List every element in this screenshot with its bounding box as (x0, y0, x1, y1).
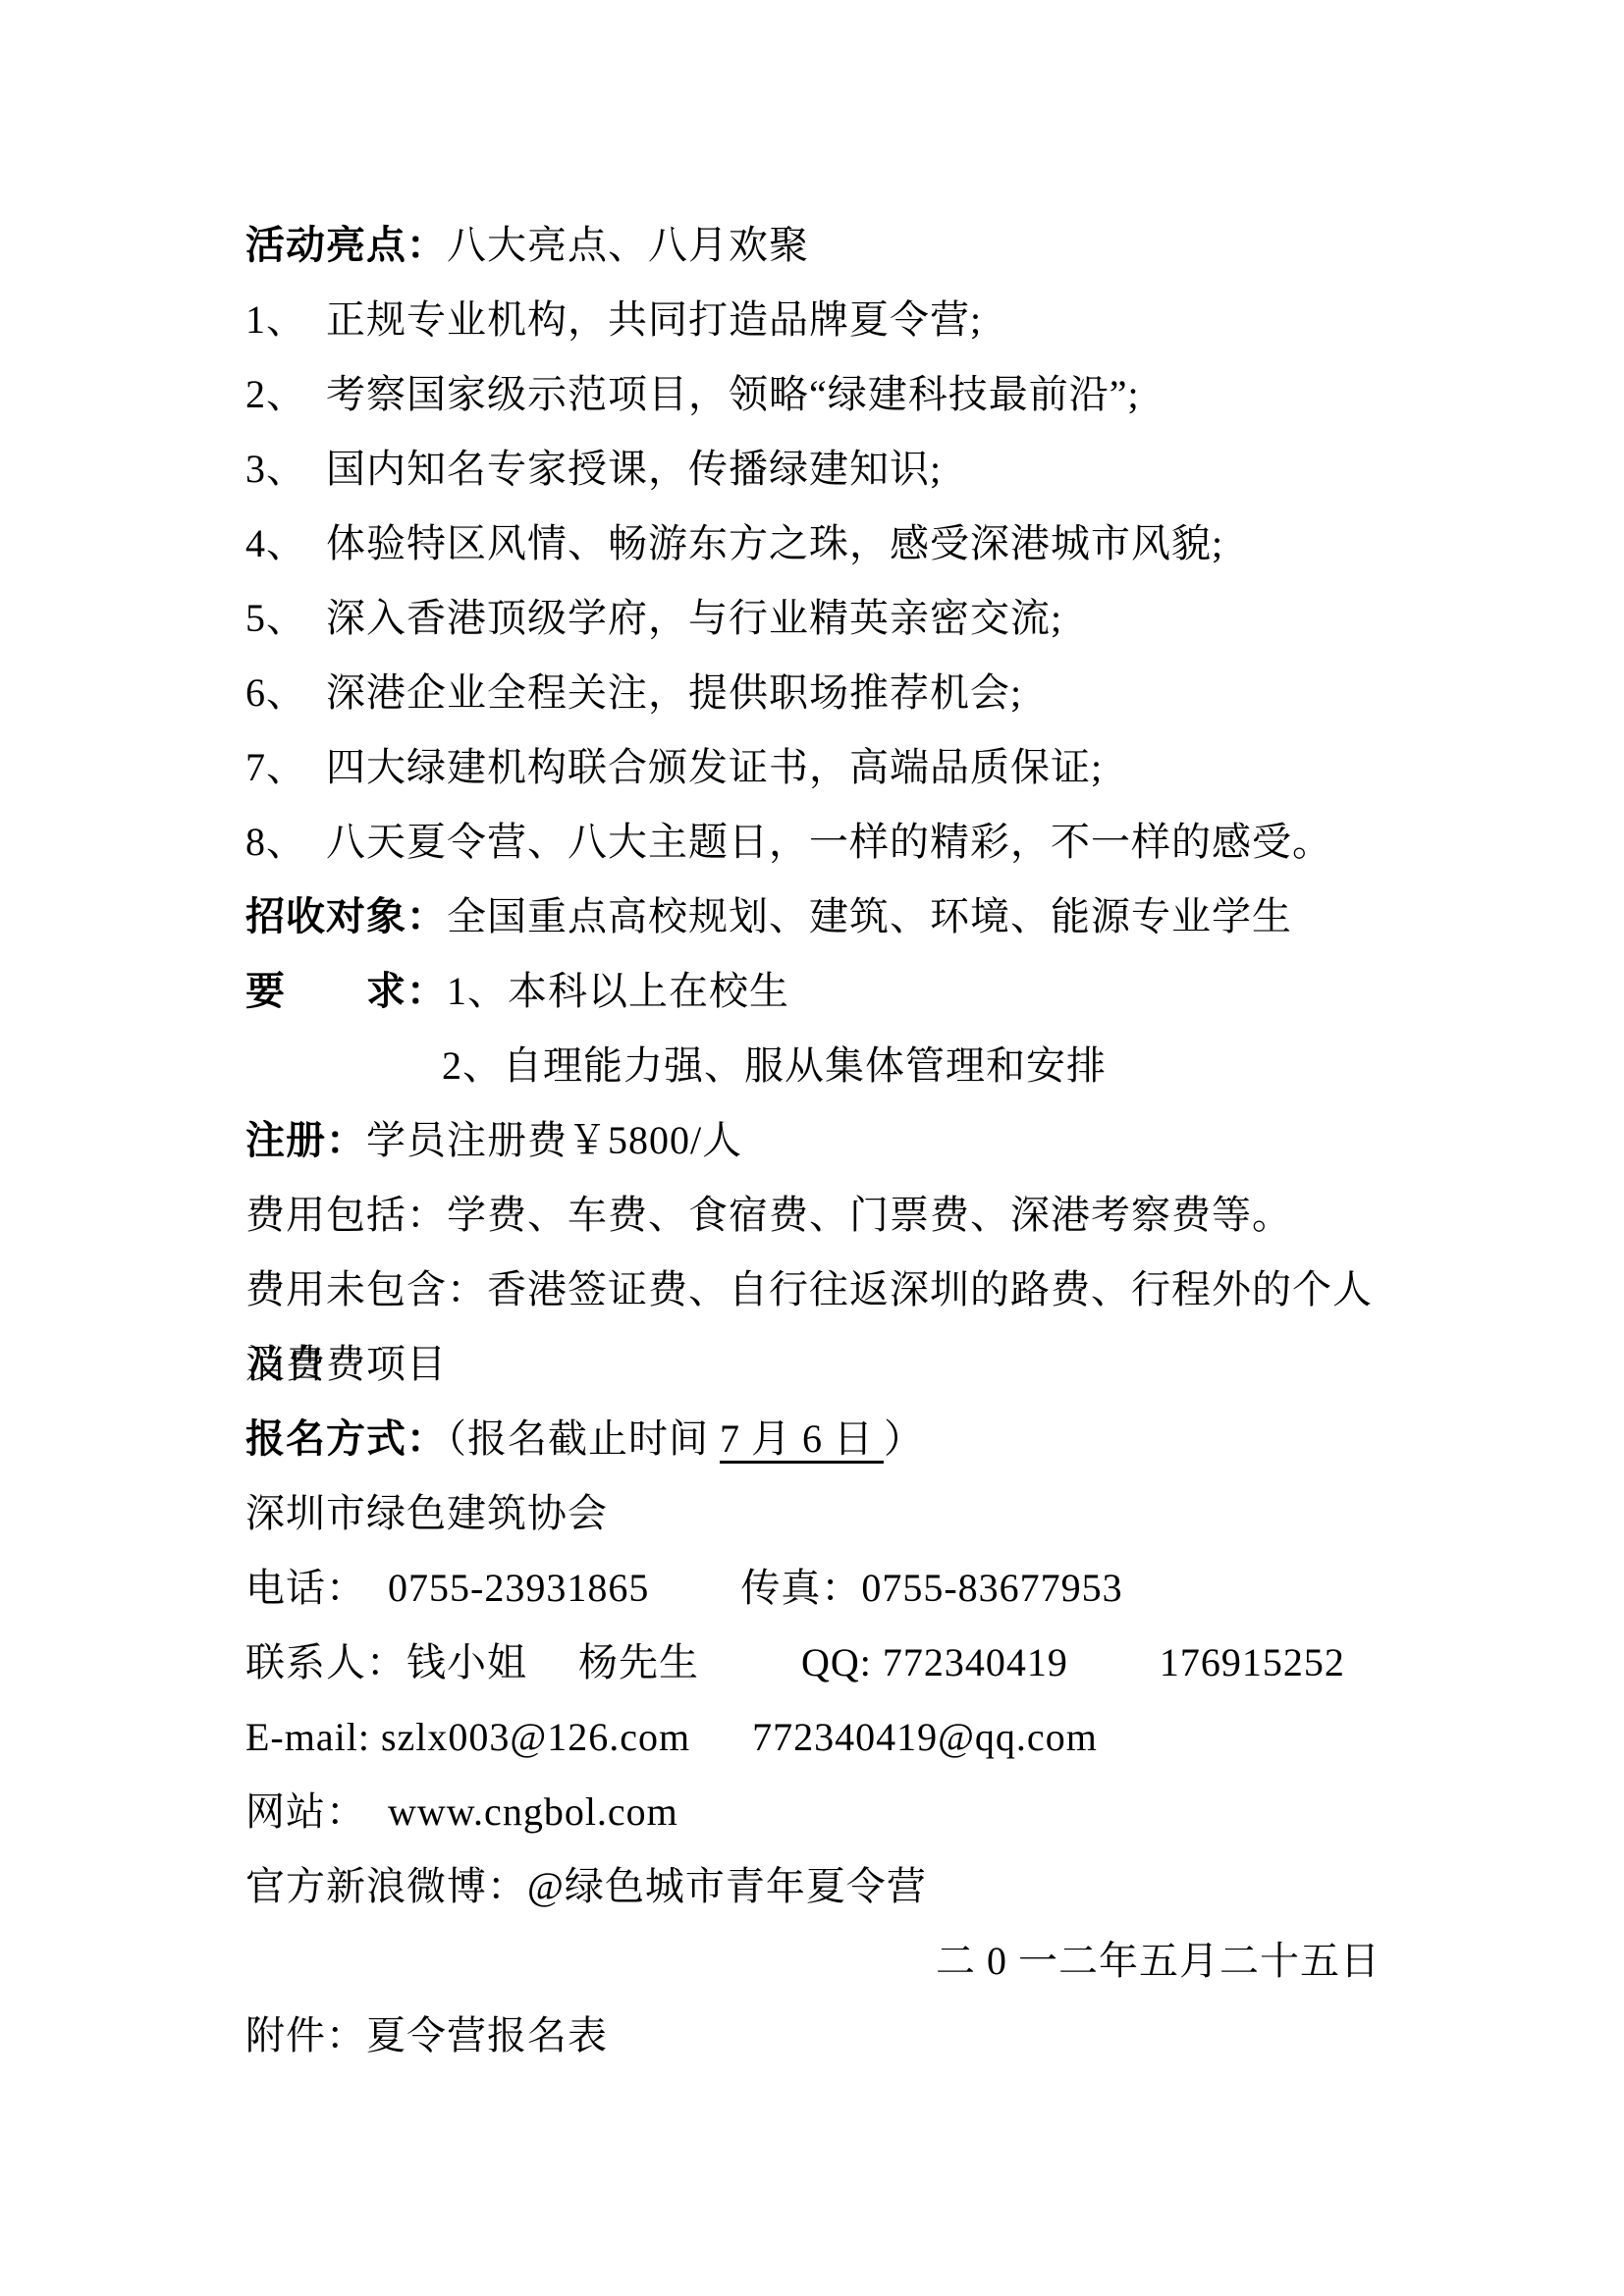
requirements-line-2: 2、自理能力强、服从集体管理和安排 (245, 1029, 1380, 1103)
requirements-line-1: 要 求：1、本科以上在校生 (245, 954, 1380, 1029)
highlights-line: 活动亮点：八大亮点、八月欢聚 (245, 208, 1380, 283)
item-text: 四大绿建机构联合颁发证书，高端品质保证; (326, 745, 1103, 789)
list-item-8: 8、八天夏令营、八大主题日，一样的精彩，不一样的感受。 (245, 805, 1380, 880)
list-item-2: 2、考察国家级示范项目，领略“绿建科技最前沿”; (245, 357, 1380, 432)
email-text: E-mail: szlx003@126.com 772340419@qq.com (245, 1715, 1098, 1759)
item-text: 国内知名专家授课，传播绿建知识; (326, 447, 942, 491)
attachment-line: 附件：夏令营报名表 (245, 1999, 1380, 2073)
item-number: 3、 (245, 432, 326, 507)
attachment-text: 附件：夏令营报名表 (245, 2013, 608, 2057)
list-item-5: 5、深入香港顶级学府，与行业精英亲密交流; (245, 581, 1380, 656)
contact-text: 联系人：钱小姐 杨先生 QQ: 772340419 176915252 (245, 1640, 1345, 1684)
registration-text: 学员注册费￥5800/人 (366, 1118, 742, 1162)
signup-deadline: 7 月 6 日 (720, 1416, 884, 1464)
phone-fax-text: 电话： 0755-23931865 传真：0755-83677953 (245, 1566, 1123, 1610)
list-item-3: 3、国内知名专家授课，传播绿建知识; (245, 432, 1380, 507)
website-line: 网站： www.cngbol.com (245, 1775, 1380, 1849)
fee-included-text: 费用包括：学费、车费、食宿费、门票费、深港考察费等。 (245, 1193, 1292, 1237)
signup-label: 报名方式： (245, 1416, 447, 1461)
target-line: 招收对象：全国重点高校规划、建筑、环境、能源专业学生 (245, 880, 1380, 954)
item-text: 考察国家级示范项目，领略“绿建科技最前沿”; (326, 372, 1140, 416)
document-page: 活动亮点：八大亮点、八月欢聚 1、正规专业机构，共同打造品牌夏令营; 2、考察国… (0, 0, 1624, 2296)
list-item-1: 1、正规专业机构，共同打造品牌夏令营; (245, 283, 1380, 357)
registration-label: 注册： (245, 1118, 366, 1162)
list-item-7: 7、四大绿建机构联合颁发证书，高端品质保证; (245, 730, 1380, 805)
item-number: 7、 (245, 730, 326, 805)
email-line: E-mail: szlx003@126.com 772340419@qq.com (245, 1700, 1380, 1775)
list-item-6: 6、深港企业全程关注，提供职场推荐机会; (245, 656, 1380, 730)
website-text: 网站： www.cngbol.com (245, 1789, 678, 1834)
highlights-label: 活动亮点： (245, 223, 447, 267)
target-label: 招收对象： (245, 894, 447, 938)
phone-fax-line: 电话： 0755-23931865 传真：0755-83677953 (245, 1551, 1380, 1626)
weibo-text: 官方新浪微博：@绿色城市青年夏令营 (245, 1864, 927, 1908)
item-text: 深港企业全程关注，提供职场推荐机会; (326, 670, 1022, 715)
item-text: 正规专业机构，共同打造品牌夏令营; (326, 297, 982, 342)
highlights-text: 八大亮点、八月欢聚 (447, 223, 809, 267)
document-body: 活动亮点：八大亮点、八月欢聚 1、正规专业机构，共同打造品牌夏令营; 2、考察国… (245, 208, 1380, 2073)
signup-prefix: （报名截止时间 (447, 1416, 720, 1461)
fee-excluded-text-2: 及自费项目 (245, 1342, 447, 1386)
item-number: 2、 (245, 357, 326, 432)
requirement-2: 2、自理能力强、服从集体管理和安排 (442, 1043, 1107, 1088)
fee-excluded-line-1: 费用未包含：香港签证费、自行往返深圳的路费、行程外的个人消费 (245, 1253, 1380, 1327)
signup-line: 报名方式：（报名截止时间 7 月 6 日） (245, 1402, 1380, 1476)
item-text: 体验特区风情、畅游东方之珠，感受深港城市风貌; (326, 521, 1223, 565)
fee-included-line: 费用包括：学费、车费、食宿费、门票费、深港考察费等。 (245, 1178, 1380, 1253)
fee-excluded-line-2: 及自费项目 (245, 1327, 1380, 1402)
weibo-line: 官方新浪微博：@绿色城市青年夏令营 (245, 1849, 1380, 1924)
item-number: 6、 (245, 656, 326, 730)
contact-line: 联系人：钱小姐 杨先生 QQ: 772340419 176915252 (245, 1626, 1380, 1700)
item-text: 八天夏令营、八大主题日，一样的精彩，不一样的感受。 (326, 820, 1332, 864)
item-number: 5、 (245, 581, 326, 656)
org-name-line: 深圳市绿色建筑协会 (245, 1476, 1380, 1551)
item-number: 1、 (245, 283, 326, 357)
requirement-1: 1、本科以上在校生 (447, 969, 789, 1013)
signup-suffix: ） (884, 1416, 924, 1461)
list-item-4: 4、体验特区风情、畅游东方之珠，感受深港城市风貌; (245, 507, 1380, 581)
target-text: 全国重点高校规划、建筑、环境、能源专业学生 (447, 894, 1292, 938)
item-text: 深入香港顶级学府，与行业精英亲密交流; (326, 596, 1062, 640)
org-name: 深圳市绿色建筑协会 (245, 1491, 608, 1535)
date-line: 二 0 一二年五月二十五日 (245, 1924, 1380, 1999)
item-number: 8、 (245, 805, 326, 880)
registration-line: 注册：学员注册费￥5800/人 (245, 1103, 1380, 1178)
date-text: 二 0 一二年五月二十五日 (936, 1939, 1380, 1983)
item-number: 4、 (245, 507, 326, 581)
requirements-label: 要 求： (245, 969, 447, 1013)
